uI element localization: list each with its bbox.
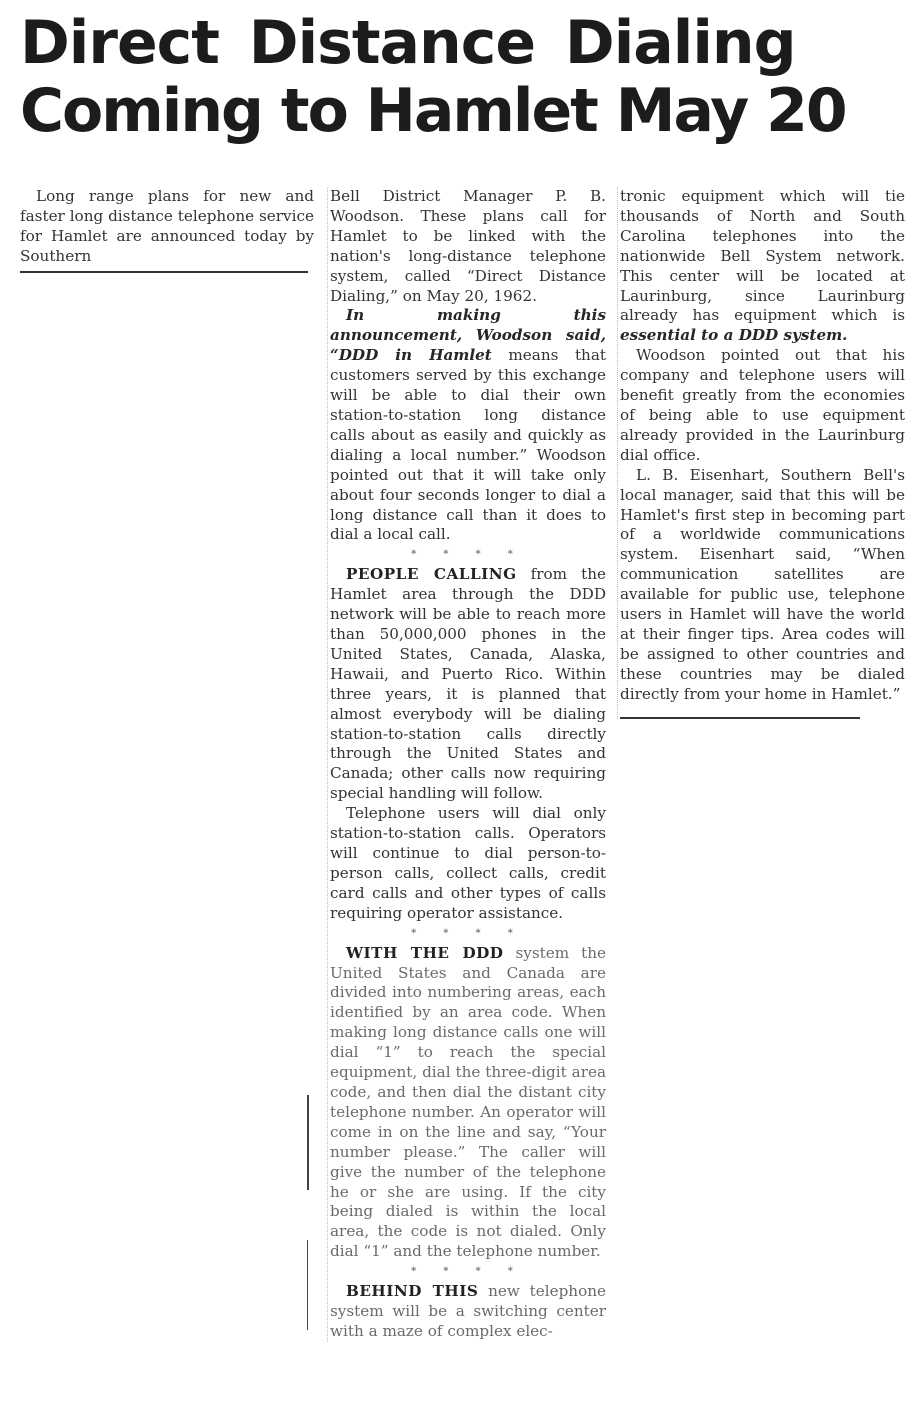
lead-in-bold: WITH THE DDD [346,944,503,962]
paragraph-continued: tronic equipment which will tie thousand… [620,187,905,346]
italic-text: essential to a DDD system. [620,326,847,344]
paragraph-behind-this: BEHIND THIS new telephone system will be… [330,1282,606,1342]
lead-in-bold: BEHIND THIS [346,1282,478,1300]
section-divider-stars: * * * * [330,545,606,565]
paragraph-text: tronic equipment which will tie thousand… [620,187,905,324]
headline-line-1: Direct Distance Dialing [20,8,900,78]
paragraph-text: system the United States and Canada are … [330,944,606,1261]
paragraph-text: means that customers served by this exch… [330,346,606,543]
headline: Direct Distance Dialing Coming to Hamlet… [20,8,900,144]
margin-mark [307,1095,309,1190]
paragraph-intro: Long range plans for new and faster long… [20,187,314,267]
headline-line-2: Coming to Hamlet May 20 [20,78,900,144]
section-divider-stars: * * * * [330,1262,606,1282]
paragraph-announcement: In making this announcement, Woodson sai… [330,306,606,545]
article-column-3: tronic equipment which will tie thousand… [617,187,905,719]
end-rule [620,717,860,719]
paragraph-economies: Woodson pointed out that his company and… [620,346,905,465]
article-column-1: Long range plans for new and faster long… [20,187,314,273]
margin-mark [307,1240,308,1330]
paragraph-eisenhart: L. B. Eisenhart, Southern Bell's local m… [620,466,905,705]
lead-in-bold: PEOPLE CALLING [346,565,517,583]
paragraph-text: from the Hamlet area through the DDD net… [330,565,606,802]
paragraph-people-calling: PEOPLE CALLING from the Hamlet area thro… [330,565,606,804]
paragraph-ddd-system: WITH THE DDD system the United States an… [330,944,606,1263]
article-column-2: Bell District Manager P. B. Woodson. The… [327,187,606,1342]
section-divider-stars: * * * * [330,924,606,944]
paragraph-station-calls: Telephone users will dial only station-t… [330,804,606,923]
column-rule [20,271,308,273]
paragraph-continued: Bell District Manager P. B. Woodson. The… [330,187,606,306]
